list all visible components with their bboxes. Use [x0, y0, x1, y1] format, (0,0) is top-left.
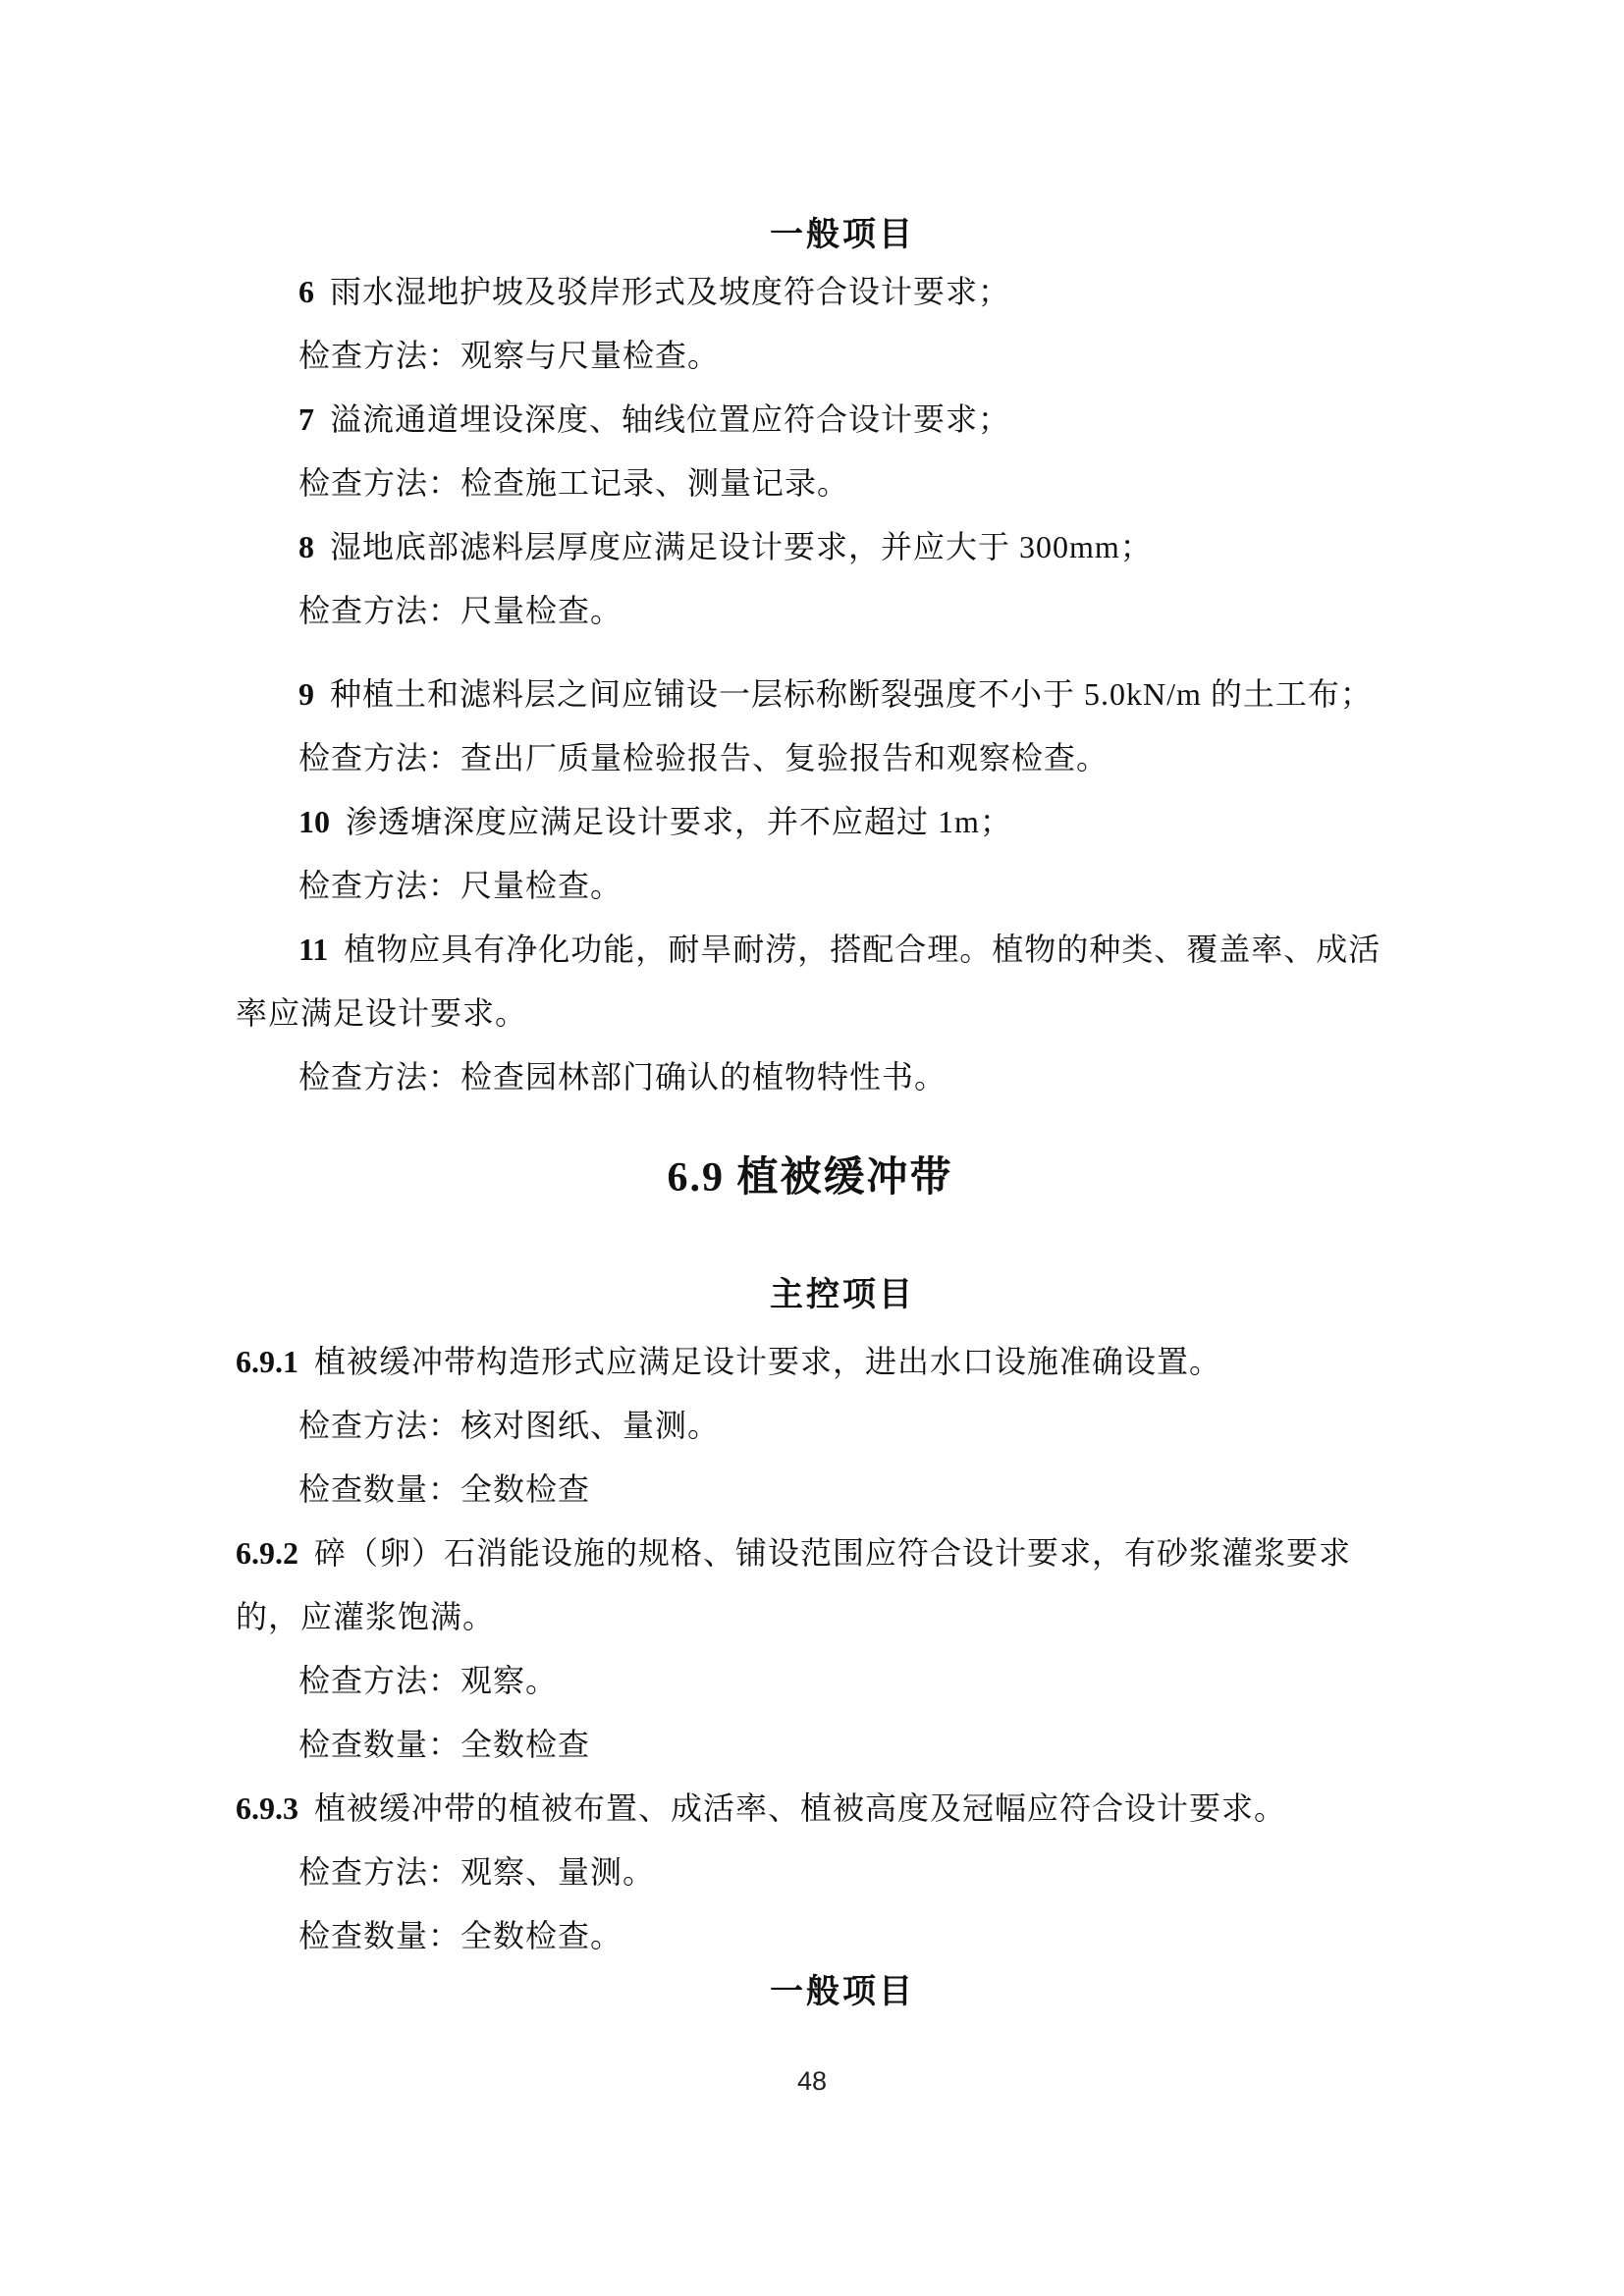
clause-number: 6.9.3	[236, 1790, 298, 1826]
check-method-line: 检查方法：查出厂质量检验报告、复验报告和观察检查。	[236, 726, 1384, 790]
heading-main-control-items: 主控项目	[236, 1271, 1384, 1320]
check-method-line: 检查方法：检查园林部门确认的植物特性书。	[236, 1045, 1384, 1109]
item-8: 8湿地底部滤料层厚度应满足设计要求，并应大于 300mm；	[236, 515, 1384, 579]
clause-text: 植被缓冲带的植被布置、成活率、植被高度及冠幅应符合设计要求。	[314, 1790, 1286, 1826]
item-number: 7	[298, 401, 314, 437]
clause-6-9-1: 6.9.1植被缓冲带构造形式应满足设计要求，进出水口设施准确设置。	[236, 1330, 1384, 1394]
page-number: 48	[0, 2066, 1624, 2097]
item-number: 11	[298, 932, 328, 967]
item-9: 9种植土和滤料层之间应铺设一层标称断裂强度不小于 5.0kN/m 的土工布；	[236, 663, 1384, 726]
check-method-line: 检查方法：观察与尺量检查。	[236, 324, 1384, 388]
check-method-line: 检查方法：检查施工记录、测量记录。	[236, 452, 1384, 515]
item-6: 6雨水湿地护坡及驳岸形式及坡度符合设计要求；	[236, 260, 1384, 324]
clause-number: 6.9.1	[236, 1344, 298, 1379]
check-method-line: 检查方法：尺量检查。	[236, 579, 1384, 643]
item-text: 植物应具有净化功能，耐旱耐涝，搭配合理。植物的种类、覆盖率、成活率应满足设计要求…	[236, 932, 1380, 1031]
clause-6-9-3: 6.9.3植被缓冲带的植被布置、成活率、植被高度及冠幅应符合设计要求。	[236, 1777, 1384, 1841]
check-count-line: 检查数量：全数检查	[236, 1458, 1384, 1522]
heading-general-items-top: 一般项目	[236, 211, 1384, 260]
item-number: 6	[298, 274, 314, 309]
item-number: 10	[298, 804, 330, 839]
check-method-line: 检查方法：核对图纸、量测。	[236, 1394, 1384, 1458]
check-method-line: 检查方法：观察。	[236, 1649, 1384, 1713]
document-page: 一般项目 6雨水湿地护坡及驳岸形式及坡度符合设计要求； 检查方法：观察与尺量检查…	[0, 0, 1624, 2296]
item-text: 湿地底部滤料层厚度应满足设计要求，并应大于 300mm；	[330, 529, 1153, 564]
item-text: 渗透塘深度应满足设计要求，并不应超过 1m；	[346, 804, 1012, 839]
item-text: 溢流通道埋设深度、轴线位置应符合设计要求；	[330, 401, 1010, 437]
item-11: 11植物应具有净化功能，耐旱耐涝，搭配合理。植物的种类、覆盖率、成活率应满足设计…	[236, 918, 1384, 1045]
check-count-line: 检查数量：全数检查	[236, 1713, 1384, 1777]
document-content: 一般项目 6雨水湿地护坡及驳岸形式及坡度符合设计要求； 检查方法：观察与尺量检查…	[236, 0, 1384, 2017]
check-method-line: 检查方法：尺量检查。	[236, 854, 1384, 918]
heading-general-items-bottom: 一般项目	[236, 1968, 1384, 2017]
item-number: 9	[298, 676, 314, 712]
item-7: 7溢流通道埋设深度、轴线位置应符合设计要求；	[236, 388, 1384, 452]
item-10: 10渗透塘深度应满足设计要求，并不应超过 1m；	[236, 790, 1384, 854]
clause-number: 6.9.2	[236, 1535, 298, 1571]
item-number: 8	[298, 529, 314, 564]
item-text: 雨水湿地护坡及驳岸形式及坡度符合设计要求；	[330, 274, 1010, 309]
item-text: 种植土和滤料层之间应铺设一层标称断裂强度不小于 5.0kN/m 的土工布；	[330, 676, 1373, 712]
section-title-6-9: 6.9 植被缓冲带	[236, 1148, 1384, 1207]
check-count-line: 检查数量：全数检查。	[236, 1904, 1384, 1968]
check-method-line: 检查方法：观察、量测。	[236, 1841, 1384, 1904]
clause-6-9-2: 6.9.2碎（卵）石消能设施的规格、铺设范围应符合设计要求，有砂浆灌浆要求的，应…	[236, 1522, 1384, 1649]
clause-text: 碎（卵）石消能设施的规格、铺设范围应符合设计要求，有砂浆灌浆要求的，应灌浆饱满。	[236, 1535, 1351, 1634]
clause-text: 植被缓冲带构造形式应满足设计要求，进出水口设施准确设置。	[314, 1344, 1221, 1379]
